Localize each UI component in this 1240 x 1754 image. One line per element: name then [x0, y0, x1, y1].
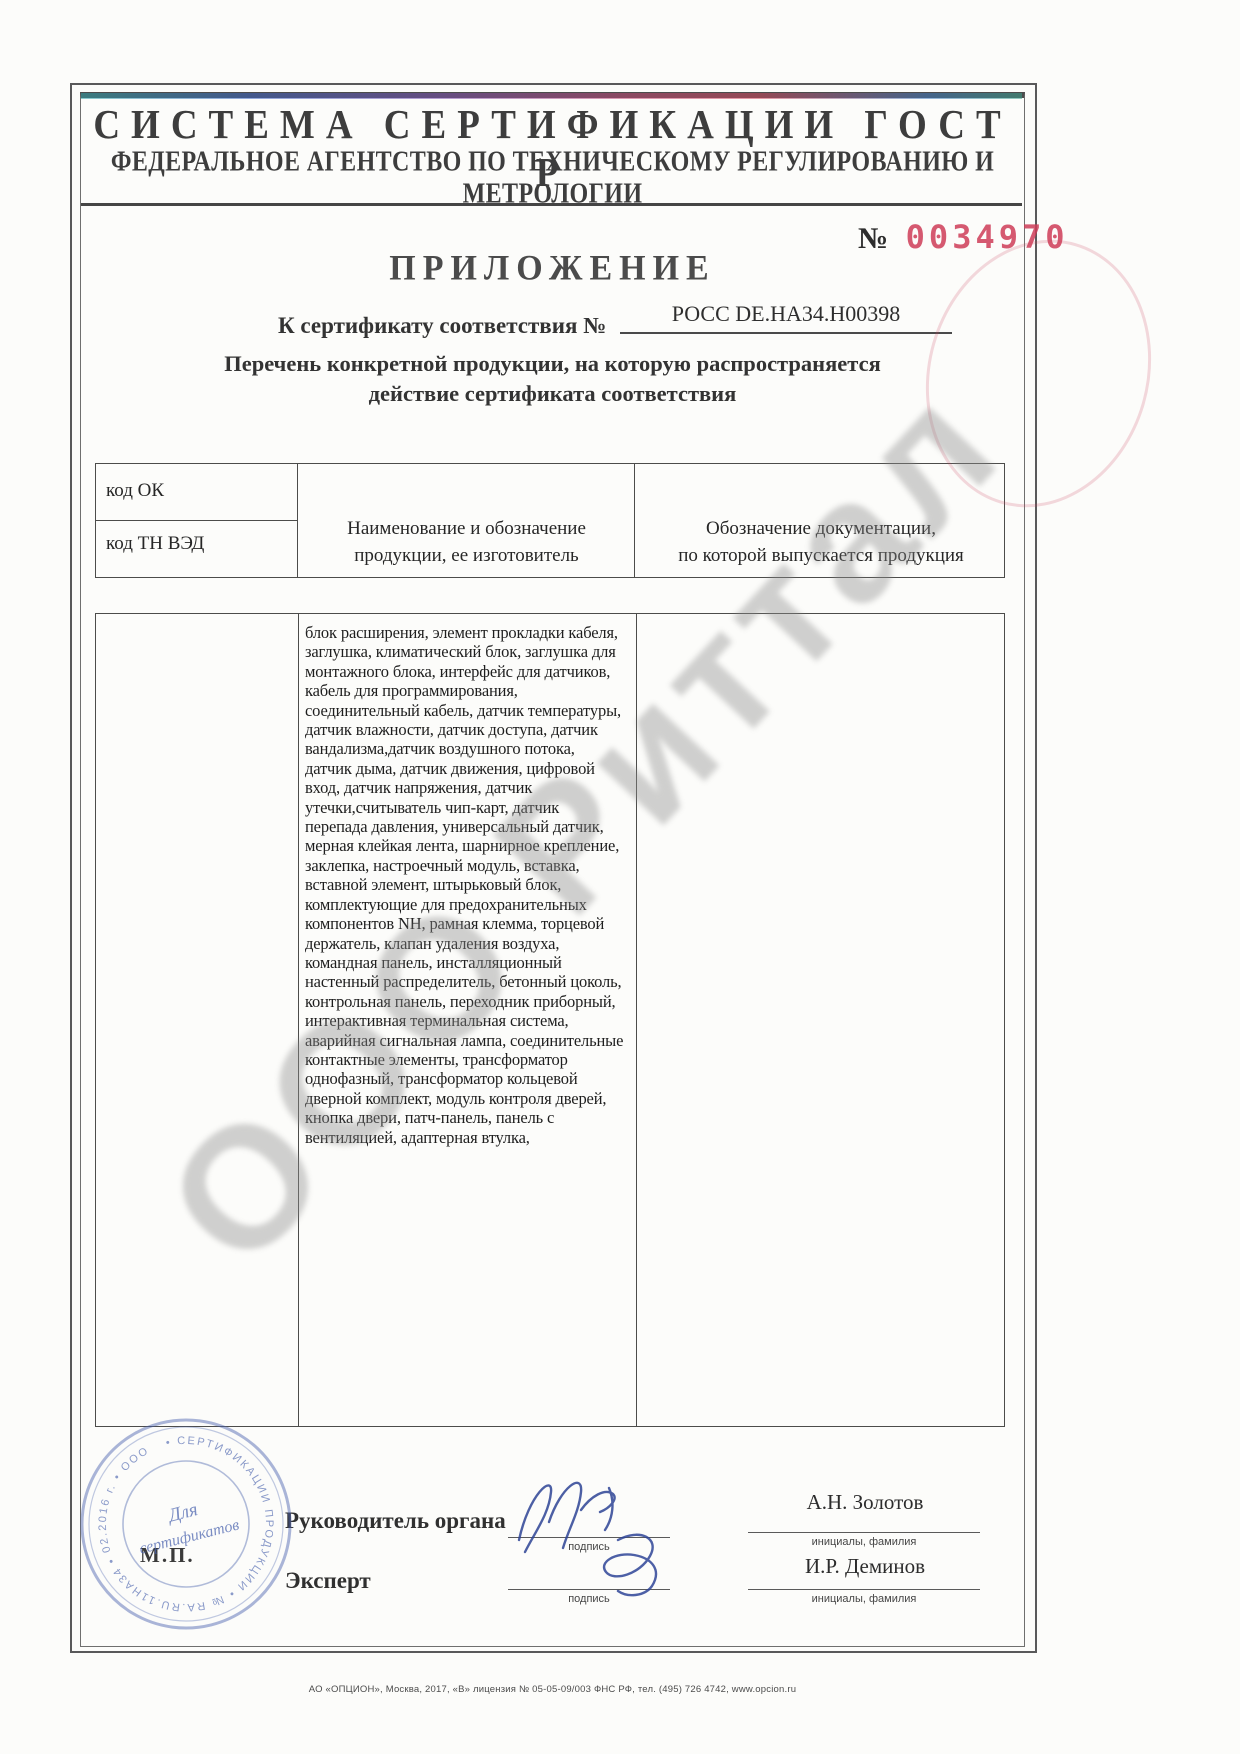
- stamp-center-line-1: Для: [165, 1499, 200, 1527]
- table-body-divider-1: [298, 614, 299, 1426]
- code-tnved-label: код ТН ВЭД: [96, 521, 297, 555]
- code-ok-label: код ОК: [96, 464, 297, 521]
- scan-color-artifact: [81, 93, 1022, 99]
- name-caption-2: инициалы, фамилия: [748, 1593, 980, 1605]
- stamp-center-line-2: сертификатов: [138, 1516, 241, 1557]
- name-caption-1: инициалы, фамилия: [748, 1536, 980, 1548]
- table-body: блок расширения, элемент прокладки кабел…: [95, 613, 1005, 1427]
- expert-name: И.Р. Деминов: [755, 1554, 975, 1579]
- certificate-reference-label: К сертификату соответствия №: [278, 313, 606, 339]
- document-title: ПРИЛОЖЕНИЕ: [82, 249, 1023, 289]
- certificate-page: СИСТЕМА СЕРТИФИКАЦИИ ГОСТ Р ФЕДЕРАЛЬНОЕ …: [0, 0, 1240, 1754]
- table-header-documentation-cell: Обозначение документации, по которой вып…: [636, 464, 1006, 577]
- name-line-2: [748, 1589, 980, 1590]
- name-line-1: [748, 1532, 980, 1533]
- subtitle-line-2: действие сертификата соответствия: [82, 381, 1023, 407]
- table-body-divider-2: [636, 614, 637, 1426]
- agency-line: ФЕДЕРАЛЬНОЕ АГЕНТСТВО ПО ТЕХНИЧЕСКОМУ РЕ…: [82, 147, 1023, 211]
- certificate-number: РОСС DE.HA34.H00398: [620, 301, 952, 334]
- stamp-ring-text: • СЕРТИФИКАЦИИ ПРОДУКЦИИ • № RA.RU.11НА3…: [78, 1416, 294, 1632]
- product-list-text: блок расширения, элемент прокладки кабел…: [305, 623, 633, 1147]
- head-name: А.Н. Золотов: [755, 1490, 975, 1515]
- table-header-product-cell: Наименование и обозначение продукции, ее…: [299, 464, 635, 577]
- table-header: код ОК код ТН ВЭД Наименование и обознач…: [95, 463, 1005, 578]
- expert-signature-ink: [588, 1528, 698, 1604]
- table-header-codes-cell: код ОК код ТН ВЭД: [96, 464, 298, 577]
- subtitle-line-1: Перечень конкретной продукции, на котору…: [82, 351, 1023, 377]
- print-house-footer: АО «ОПЦИОН», Москва, 2017, «В» лицензия …: [82, 1684, 1023, 1695]
- head-of-body-label: Руководитель органа: [285, 1508, 506, 1534]
- header-divider: [81, 203, 1022, 206]
- svg-text:• СЕРТИФИКАЦИИ ПРОДУКЦИИ • № R: • СЕРТИФИКАЦИИ ПРОДУКЦИИ • № RA.RU.11НА3…: [78, 1416, 294, 1632]
